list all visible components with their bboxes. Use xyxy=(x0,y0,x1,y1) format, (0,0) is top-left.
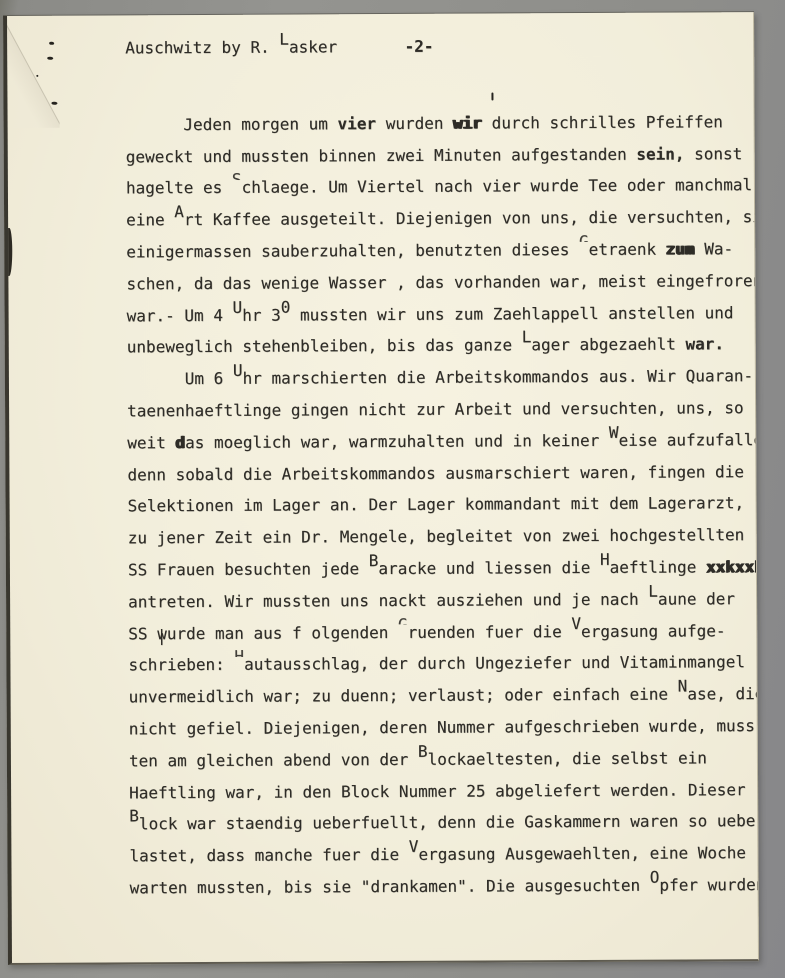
text-segment: ager abgezaehlt xyxy=(531,335,685,355)
text-segment: Auschwitz by R. xyxy=(125,38,279,58)
text-line: SS w|urde man aus f olgenden Gruenden fu… xyxy=(128,614,759,649)
text-line: geweckt und mussten binnen zwei Minuten … xyxy=(126,137,759,172)
text-line: war.- Um 4 Uhr 30 mussten wir uns zum Za… xyxy=(127,296,759,331)
text-segment: as moeglich war, warmzuhalten und in kei… xyxy=(185,431,609,452)
document-body: Jeden morgen um vier wurden wir durch sc… xyxy=(126,106,759,905)
text-segment: zu jener Zeit ein Dr. Mengele, begleitet… xyxy=(128,525,745,547)
text-segment: U xyxy=(233,361,243,380)
text-segment: ase, die xyxy=(687,684,759,703)
scanner-background: Auschwitz by R. Lasker -2- Jeden morgen … xyxy=(0,0,785,978)
text-segment: hagelte es xyxy=(126,178,232,198)
text-segment: war. xyxy=(685,335,724,354)
text-segment: eine xyxy=(126,210,174,229)
text-segment: U xyxy=(232,297,242,316)
text-line: einigermassen sauberzuhalten, benutzten … xyxy=(126,233,759,268)
text-segment: autausschlag, der durch Ungeziefer und V… xyxy=(244,652,745,674)
text-segment: eise aufzufallen xyxy=(619,430,759,450)
text-segment: N xyxy=(678,677,688,696)
text-segment: aracke und liessen die xyxy=(378,558,600,578)
text-segment: 0 xyxy=(281,297,291,316)
text-segment: Selektionen im Lager an. Der Lager komma… xyxy=(128,493,745,515)
text-segment: wir xyxy=(453,113,482,132)
paper-corner-fold xyxy=(3,16,60,128)
text-line: schen, da das wenige Wasser , das vorhan… xyxy=(126,264,759,299)
text-line: Um 6 Uhr marschierten die Arbeitskommand… xyxy=(127,360,759,395)
text-segment: Wa- xyxy=(695,239,734,258)
text-line: schrieben: Hautausschlag, der durch Unge… xyxy=(128,646,759,681)
text-segment: V xyxy=(409,837,419,856)
text-segment: pfer wurden xyxy=(659,875,759,895)
text-segment: G xyxy=(398,614,408,633)
text-segment: zum xyxy=(666,239,695,258)
text-segment xyxy=(337,37,405,56)
text-segment: unbeweglich stehenbleiben, bis das ganze xyxy=(127,336,522,357)
text-segment: L xyxy=(522,328,532,347)
text-segment: aeftlinge xyxy=(610,557,706,577)
text-segment: schrieben: xyxy=(128,655,234,675)
text-segment: lastet, dass manche fuer die xyxy=(129,845,408,865)
text-segment: war.- Um 4 xyxy=(127,305,233,325)
text-segment: weit xyxy=(127,433,175,452)
text-segment: warten mussten, bis sie "drankamen". Die… xyxy=(130,876,650,898)
text-line: Selektionen im Lager an. Der Lager komma… xyxy=(128,487,759,522)
text-segment: L xyxy=(279,30,289,49)
text-segment: rt Kaffee ausgeteilt. Diejenigen von uns… xyxy=(184,207,759,229)
text-line: unbeweglich stehenbleiben, bis das ganze… xyxy=(127,328,759,363)
text-segment: B xyxy=(129,807,139,826)
text-line: antreten. Wir mussten uns nackt ausziehe… xyxy=(128,582,759,617)
text-line: taenenhaeftlinge gingen nicht zur Arbeit… xyxy=(127,392,759,427)
ink-speck xyxy=(47,57,53,60)
text-segment: B xyxy=(418,742,428,761)
text-segment: aune der xyxy=(658,589,735,608)
text-segment: sein, xyxy=(636,144,684,163)
text-segment: Um 6 xyxy=(127,369,233,389)
text-line: lastet, dass manche fuer die Vergasung A… xyxy=(129,837,759,872)
text-segment: L xyxy=(648,581,658,600)
text-segment: ergasung Ausgewaehlten, eine Woche xyxy=(418,843,746,864)
document-header: Auschwitz by R. Lasker -2- xyxy=(125,29,759,64)
text-segment: H xyxy=(600,550,610,569)
text-segment: ergasung aufge- xyxy=(581,621,726,641)
paper-edge-stain xyxy=(6,228,12,276)
text-line: ten am gleichen abend von der Blockaelte… xyxy=(129,741,759,776)
text-segment: sonst xyxy=(684,144,742,163)
text-segment: unvermeidlich war; zu duenn; verlaust; o… xyxy=(129,685,678,707)
text-segment: vier xyxy=(337,114,376,133)
text-line: Jeden morgen um vier wurden wir durch sc… xyxy=(126,106,759,141)
text-line: nicht gefiel. Diejenigen, deren Nummer a… xyxy=(129,710,759,745)
text-line: zu jener Zeit ein Dr. Mengele, begleitet… xyxy=(128,519,759,554)
text-segment: schen, da das wenige Wasser , das vorhan… xyxy=(126,271,759,293)
text-line: weit das moeglich war, warmzuhalten und … xyxy=(127,423,759,458)
text-segment: ten am gleichen abend von der xyxy=(129,750,418,771)
text-segment: S xyxy=(232,170,242,189)
text-segment: asker xyxy=(289,37,337,56)
ink-speck xyxy=(51,102,57,105)
text-segment: d xyxy=(175,433,185,452)
text-segment: geweckt und mussten binnen zwei Minuten … xyxy=(126,144,637,166)
text-segment: SS Frauen besuchten jede xyxy=(128,559,369,579)
text-segment: V xyxy=(571,614,581,633)
text-segment: Haeftling war, in den Block Nummer 25 ab… xyxy=(129,780,746,802)
text-segment: nicht gefiel. Diejenigen, deren Nummer a… xyxy=(129,716,759,738)
text-segment: antreten. Wir mussten uns nackt ausziehe… xyxy=(128,589,648,611)
text-segment: lock war staendig ueberfuellt, denn die … xyxy=(139,811,759,833)
text-segment: G xyxy=(579,232,589,251)
text-segment: chlaege. Um Viertel nach vier wurde Tee … xyxy=(241,175,752,197)
text-segment: etraenk xyxy=(589,240,666,259)
text-line: SS Frauen besuchten jede Baracke und lie… xyxy=(128,551,759,586)
text-segment: denn sobald die Arbeitskommandos ausmars… xyxy=(127,462,744,484)
text-segment: ruenden fuer die xyxy=(408,622,572,642)
text-segment: xxkxxkxx xyxy=(706,557,759,576)
text-segment: urde man aus f olgenden xyxy=(167,623,398,643)
text-segment: W xyxy=(609,423,619,442)
text-segment: wurden xyxy=(376,113,453,132)
text-segment: hr 3 xyxy=(242,305,281,324)
text-line: eine Art Kaffee ausgeteilt. Diejenigen v… xyxy=(126,201,759,236)
text-segment: B xyxy=(369,551,379,570)
text-segment: -2- xyxy=(405,37,434,56)
text-line: warten mussten, bis sie "drankamen". Die… xyxy=(130,869,759,904)
ink-speck xyxy=(49,42,54,45)
text-line: hagelte es Schlaege. Um Viertel nach vie… xyxy=(126,169,759,204)
text-line: Haeftling war, in den Block Nummer 25 ab… xyxy=(129,773,759,808)
text-segment: einigermassen sauberzuhalten, benutzten … xyxy=(126,240,579,261)
text-segment: durch schrilles Pfeiffen xyxy=(482,112,723,132)
document-paper: Auschwitz by R. Lasker -2- Jeden morgen … xyxy=(3,12,759,965)
ink-speck xyxy=(36,75,38,77)
text-segment: H xyxy=(234,647,244,666)
text-segment: lockaeltesten, die selbst ein xyxy=(428,748,707,768)
text-line: unvermeidlich war; zu duenn; verlaust; o… xyxy=(129,678,759,713)
text-segment: hr marschierten die Arbeitskommandos aus… xyxy=(242,366,753,388)
text-segment: A xyxy=(174,202,184,221)
text-line: Block war staendig ueberfuellt, denn die… xyxy=(129,805,759,840)
typewritten-text: Auschwitz by R. Lasker -2- Jeden morgen … xyxy=(125,29,759,904)
text-segment: O xyxy=(650,868,660,887)
text-segment: taenenhaeftlinge gingen nicht zur Arbeit… xyxy=(127,398,744,420)
text-segment: Jeden morgen um xyxy=(126,114,338,134)
text-segment: mussten wir uns zum Zaehlappell anstelle… xyxy=(290,303,733,324)
text-line: denn sobald die Arbeitskommandos ausmars… xyxy=(127,455,759,490)
